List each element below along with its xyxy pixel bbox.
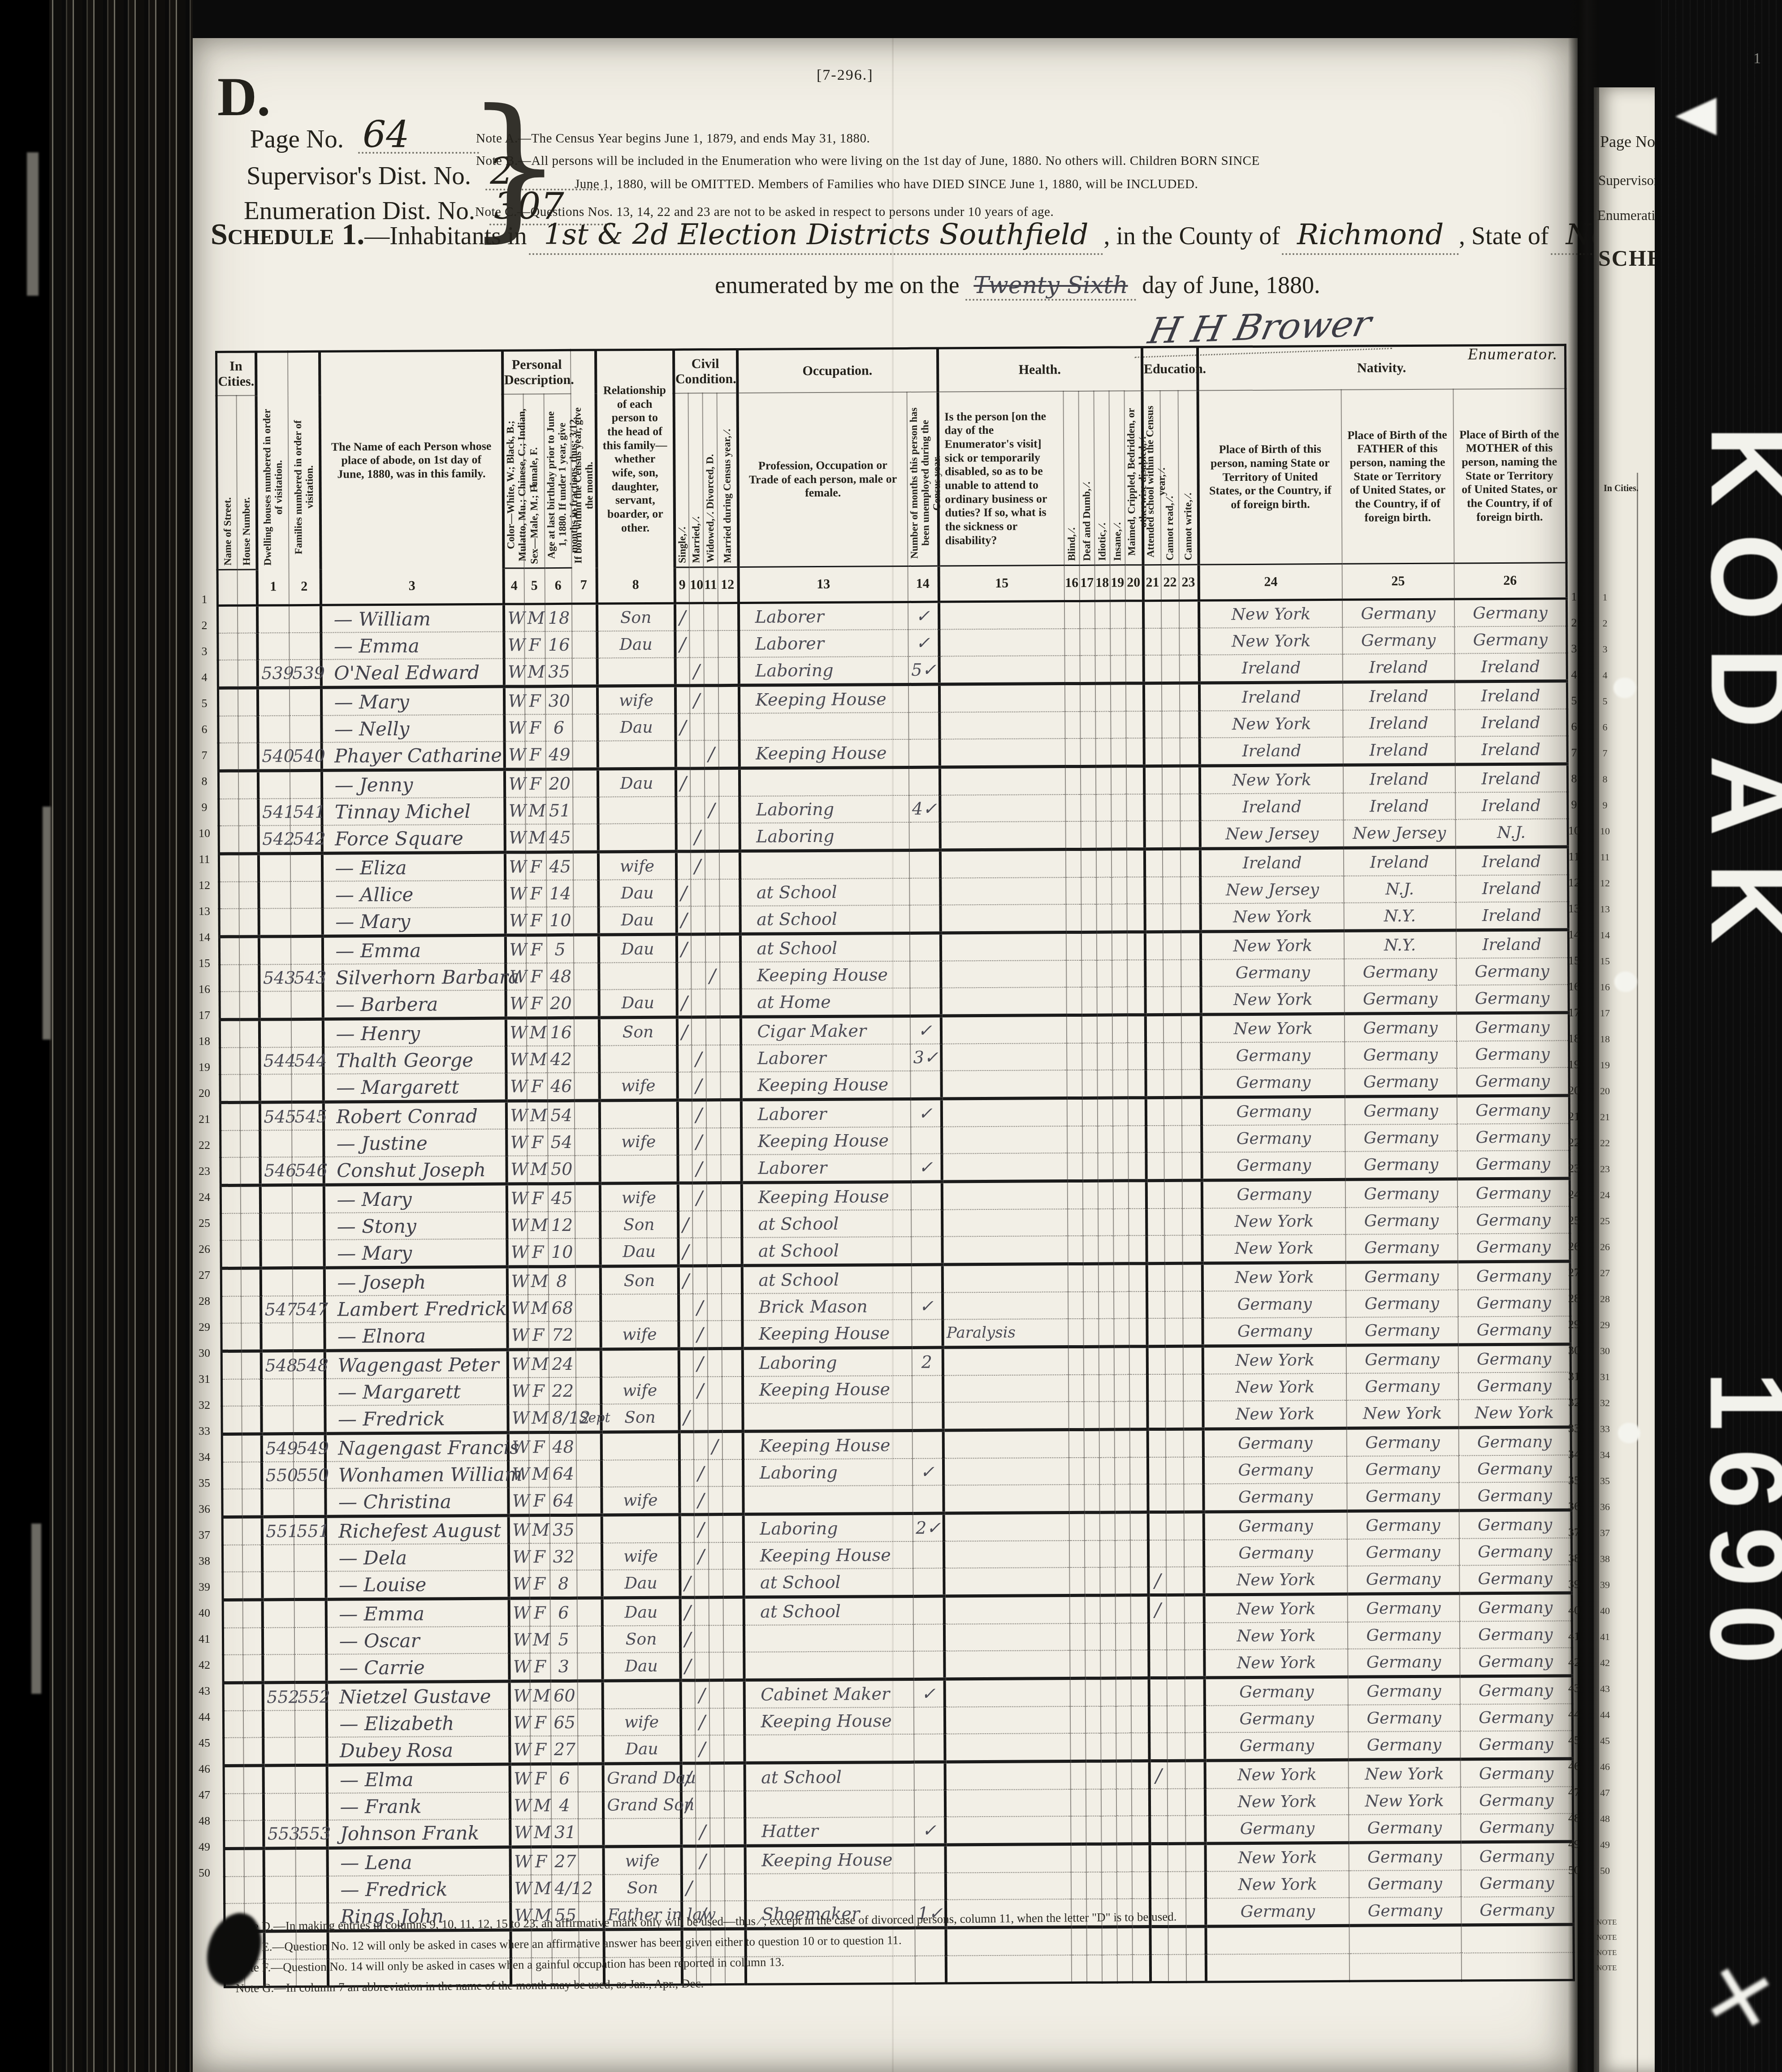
table-cell: Germany [1344, 1013, 1456, 1042]
table-cell [238, 716, 258, 743]
table-cell: 548 [261, 1351, 293, 1379]
table-cell [1148, 1540, 1166, 1567]
table-cell [1131, 1761, 1149, 1789]
table-cell: Germany [1345, 1262, 1458, 1291]
table-cell: 549 [261, 1434, 293, 1462]
table-cell [1144, 849, 1162, 877]
table-cell [1129, 1235, 1146, 1264]
table-cell: 539 [289, 660, 321, 688]
table-cell [945, 1789, 1070, 1817]
table-cell: ∕ [689, 657, 704, 686]
table-cell [1112, 877, 1127, 904]
table-cell [1146, 1209, 1164, 1235]
table-cell [1128, 1153, 1146, 1181]
table-cell: Germany [1202, 1179, 1345, 1208]
table-cell [705, 989, 720, 1017]
table-cell: — Emma [322, 935, 505, 964]
enumerated-suffix: day of June, 1880. [1136, 272, 1320, 298]
table-cell: Laboring [739, 656, 908, 685]
table-cell: 544 [260, 1047, 291, 1074]
table-cell [240, 1131, 260, 1157]
row-number: 20 [195, 1087, 213, 1113]
table-cell [221, 1213, 241, 1240]
row-number: 11 [195, 853, 213, 879]
table-cell [1130, 1623, 1148, 1650]
table-cell [708, 1403, 722, 1432]
next-page-row-number: 22 [1598, 1137, 1612, 1163]
table-cell [223, 1572, 242, 1600]
table-cell [944, 1596, 1069, 1624]
enumerated-line: enumerated by me on the Twenty Sixth day… [715, 271, 1320, 299]
table-cell [1066, 987, 1081, 1015]
table-cell [913, 1596, 944, 1624]
table-cell [704, 713, 718, 740]
table-cell [740, 850, 909, 879]
table-cell [573, 797, 598, 824]
table-cell [1095, 766, 1111, 794]
table-cell [1168, 1843, 1185, 1872]
table-cell [260, 1213, 292, 1240]
table-cell: 51 [546, 797, 573, 824]
table-cell: ∕ [1148, 1595, 1166, 1623]
table-cell [691, 962, 705, 989]
table-cell [1095, 683, 1110, 712]
table-cell: M [527, 1156, 548, 1184]
table-cell [1085, 1567, 1100, 1596]
table-cell [1112, 1070, 1128, 1098]
table-cell: New York [1200, 765, 1343, 794]
table-cell [1349, 1953, 1461, 1981]
table-cell [723, 1652, 744, 1680]
table-cell [1080, 712, 1095, 738]
table-cell [1095, 738, 1111, 767]
table-cell [1099, 1347, 1114, 1375]
table-cell: 5 [546, 935, 573, 963]
table-cell [1098, 1181, 1113, 1209]
table-cell [1101, 1789, 1116, 1816]
column-number: 16 [1064, 565, 1079, 601]
next-page-row-number: 31 [1598, 1371, 1612, 1397]
table-cell: Dau [597, 768, 675, 797]
table-cell [260, 1074, 291, 1102]
census-scan-frame: D. [7-296.] Page No. 64 Supervisor's Dis… [0, 0, 1782, 2072]
table-cell: 553 [264, 1820, 295, 1848]
table-cell: New York [1203, 1373, 1346, 1401]
table-cell [1166, 1623, 1184, 1650]
table-cell [603, 1818, 681, 1847]
table-cell [1166, 1512, 1184, 1540]
table-cell [1184, 1595, 1204, 1623]
table-cell [1070, 1706, 1085, 1733]
table-cell: ∕ [705, 796, 719, 823]
table-cell [293, 1406, 325, 1434]
table-cell [1126, 794, 1144, 821]
row-number: 18 [195, 1035, 213, 1061]
table-cell [1101, 1872, 1116, 1899]
table-cell [914, 1845, 945, 1873]
next-page-row-number: 41 [1598, 1631, 1612, 1657]
table-cell [690, 768, 704, 797]
table-cell [719, 851, 740, 879]
table-cell [914, 1762, 945, 1790]
table-cell: Ireland [1343, 682, 1455, 710]
table-cell [744, 1624, 913, 1652]
table-cell: — Elma [327, 1764, 510, 1793]
table-cell [1065, 849, 1081, 877]
table-cell [1081, 960, 1097, 987]
table-cell [1167, 1706, 1185, 1733]
table-cell [939, 738, 1065, 767]
table-cell: ∕ [696, 1818, 710, 1846]
table-cell [1144, 821, 1162, 849]
table-cell: at School [740, 933, 909, 962]
table-cell [240, 1157, 260, 1186]
table-cell: — Oscar [326, 1627, 509, 1654]
table-cell [943, 1402, 1068, 1430]
table-cell [1115, 1567, 1130, 1595]
table-cell [1143, 600, 1161, 628]
table-cell [908, 712, 939, 739]
table-cell: M [528, 1212, 548, 1239]
table-cell [576, 1377, 601, 1404]
enumerated-prefix: enumerated by me on the [715, 272, 965, 298]
table-cell [910, 988, 941, 1016]
table-cell [242, 1489, 262, 1517]
table-cell: New York [1348, 1759, 1460, 1788]
table-cell [1115, 1540, 1130, 1567]
table-cell: ∕ [1149, 1761, 1167, 1789]
table-cell [223, 1683, 243, 1711]
table-cell: 552 [263, 1683, 294, 1711]
table-cell [1164, 1263, 1182, 1291]
next-page-row-number: 33 [1598, 1423, 1612, 1449]
row-number: 7 [195, 749, 213, 775]
table-cell [576, 1487, 601, 1515]
table-cell [691, 934, 705, 963]
table-cell [1114, 1347, 1129, 1375]
table-cell [695, 1791, 709, 1818]
table-cell: F [527, 1184, 548, 1212]
table-cell: New York [1458, 1399, 1571, 1428]
row-number: 1 [195, 593, 213, 619]
table-cell [908, 739, 939, 768]
table-cell: 8 [550, 1570, 577, 1598]
table-cell [679, 1459, 693, 1486]
table-cell: wife [600, 1128, 678, 1156]
table-cell: M [525, 824, 546, 852]
table-cell [1125, 683, 1143, 712]
table-cell: New York [1205, 1788, 1348, 1816]
row-number: 12 [195, 879, 213, 905]
table-cell [1146, 1126, 1164, 1153]
row-number: 2 [195, 619, 213, 645]
row-number: 19 [195, 1061, 213, 1087]
row-number: 21 [195, 1113, 213, 1139]
table-cell: W [506, 1184, 527, 1212]
col-header-21: Attended school within the Census year, … [1142, 391, 1161, 565]
table-cell [1085, 1595, 1100, 1623]
table-cell: 545 [260, 1102, 291, 1131]
table-cell [238, 799, 258, 826]
table-cell [1084, 1402, 1099, 1430]
table-cell: ∕ [693, 1459, 708, 1486]
table-cell: ∕ [680, 1652, 695, 1680]
supervisor-district-label: Supervisor's Dist. No. [247, 162, 471, 190]
table-cell [707, 1266, 721, 1294]
table-cell: 20 [545, 769, 572, 797]
table-cell [720, 962, 740, 989]
table-cell: ∕ [692, 1128, 706, 1155]
table-cell: at School [742, 1210, 911, 1238]
table-cell [1129, 1347, 1147, 1375]
table-cell [602, 1680, 680, 1709]
table-cell: 14 [546, 880, 573, 907]
table-cell [1116, 1706, 1131, 1733]
next-page-row-number: 9 [1598, 799, 1612, 825]
table-cell [1147, 1429, 1165, 1457]
table-cell: 540 [258, 742, 290, 771]
table-cell: ∕ [678, 1211, 692, 1238]
table-cell [1183, 1429, 1203, 1457]
table-cell [242, 1600, 262, 1628]
next-page-enumeration: Enumeratio [1597, 207, 1655, 224]
table-cell: 5 [550, 1626, 577, 1653]
table-cell: ∕ [694, 1486, 708, 1515]
table-cell [691, 879, 705, 906]
table-cell [707, 1321, 722, 1349]
table-cell [1095, 656, 1110, 684]
table-cell [601, 1349, 679, 1377]
table-cell [689, 630, 704, 657]
table-cell [1115, 1623, 1130, 1650]
table-cell: New Jersey [1200, 820, 1343, 849]
table-cell: F [527, 1073, 547, 1101]
col-header-24: Place of Birth of this person, naming St… [1198, 390, 1342, 565]
table-cell [1070, 1761, 1086, 1789]
table-cell [1098, 1126, 1113, 1153]
table-cell [1079, 601, 1094, 629]
table-cell [290, 716, 321, 742]
table-cell [693, 1403, 708, 1432]
table-cell [1180, 821, 1200, 849]
table-cell [710, 1874, 724, 1901]
table-cell [1131, 1678, 1149, 1706]
row-number: 15 [195, 957, 213, 983]
table-cell [940, 877, 1066, 905]
table-cell: ∕ [705, 962, 720, 989]
table-cell: M [530, 1681, 550, 1709]
table-cell [1068, 1429, 1084, 1458]
table-cell: W [510, 1875, 531, 1902]
table-cell [220, 1019, 239, 1048]
table-cell [1068, 1375, 1084, 1402]
table-cell [242, 1627, 262, 1654]
table-cell [1068, 1402, 1084, 1430]
table-cell [1184, 1512, 1203, 1540]
row-number: 43 [195, 1684, 213, 1710]
table-cell: Silverhorn Barbara [323, 963, 506, 991]
table-cell [1112, 1098, 1128, 1126]
row-number: 17 [195, 1009, 213, 1035]
table-cell [1066, 960, 1081, 987]
table-cell [1114, 1291, 1129, 1318]
row-number: 26 [195, 1243, 213, 1269]
table-cell: New York [1199, 710, 1343, 738]
table-cell: Nietzel Gustave [326, 1681, 509, 1710]
table-cell [1096, 849, 1111, 877]
table-cell [1179, 655, 1199, 683]
table-cell [943, 1458, 1068, 1485]
table-cell [743, 1403, 912, 1431]
table-cell [703, 603, 718, 631]
table-cell [1164, 1180, 1182, 1209]
table-cell [722, 1514, 743, 1542]
film-edge-mark: ✕ [1693, 1942, 1782, 2056]
table-cell [679, 1349, 693, 1377]
table-cell [1144, 794, 1162, 821]
table-cell: — Jenny [321, 769, 504, 799]
table-cell [1098, 1264, 1113, 1292]
table-cell [1116, 1872, 1132, 1899]
table-cell: wife [601, 1487, 679, 1515]
table-cell [263, 1710, 294, 1737]
table-cell [292, 1213, 324, 1240]
row-number: 38 [195, 1554, 213, 1580]
table-cell [1147, 1346, 1165, 1374]
table-cell [1116, 1650, 1131, 1678]
next-page-row-number: 32 [1598, 1397, 1612, 1423]
table-cell: F [528, 1377, 549, 1404]
table-cell [259, 881, 290, 908]
table-cell [238, 771, 258, 799]
table-cell [720, 1017, 740, 1045]
table-cell [1183, 1346, 1202, 1374]
table-cell [709, 1680, 723, 1709]
table-cell [573, 852, 598, 880]
table-cell [1150, 1816, 1168, 1844]
table-cell [1096, 794, 1111, 821]
table-cell [1084, 1485, 1099, 1513]
row-number: 39 [195, 1580, 213, 1606]
table-cell [260, 1130, 292, 1157]
table-cell [1185, 1649, 1204, 1678]
table-cell [704, 657, 718, 686]
table-cell: Keeping House [740, 961, 910, 989]
table-cell: Germany [1456, 958, 1569, 985]
table-cell: wife [598, 851, 676, 880]
table-cell [573, 907, 598, 935]
table-cell: ∕ [678, 1238, 692, 1266]
table-cell [1150, 1872, 1168, 1899]
table-cell: F [526, 990, 547, 1018]
table-cell [694, 1569, 709, 1597]
table-cell: Nagengast Francis [325, 1433, 508, 1462]
table-cell: Germany [1204, 1539, 1347, 1567]
table-cell [1111, 849, 1126, 877]
table-cell: wife [601, 1377, 679, 1404]
table-cell: ∕ [680, 1569, 694, 1597]
table-cell [1181, 987, 1201, 1015]
next-page-row-number: 8 [1598, 773, 1612, 799]
table-cell [1129, 1457, 1147, 1484]
column-number: 24 [1198, 564, 1342, 600]
table-cell: 4/12 [551, 1875, 578, 1902]
table-cell [1110, 628, 1125, 655]
table-cell: Keeping House [743, 1541, 913, 1569]
table-cell [243, 1683, 263, 1711]
table-cell [1185, 1788, 1205, 1815]
table-cell [1163, 987, 1181, 1015]
table-cell: ✓ [908, 630, 939, 656]
table-cell: wife [601, 1321, 679, 1349]
table-cell [744, 1651, 913, 1680]
row-number: 50 [195, 1866, 213, 1892]
table-cell [1164, 1126, 1182, 1153]
table-cell: W [510, 1792, 530, 1819]
table-cell: M [527, 1101, 547, 1129]
table-cell [691, 1017, 705, 1045]
column-number: 13 [738, 566, 908, 603]
table-cell: 552 [294, 1682, 326, 1710]
table-cell [705, 1017, 720, 1045]
table-cell: 35 [545, 658, 572, 686]
table-cell [224, 1848, 244, 1877]
table-cell [573, 880, 598, 907]
table-cell [1163, 1014, 1181, 1043]
table-cell [939, 656, 1064, 684]
column-number [217, 570, 237, 605]
table-cell: Germany [1458, 1289, 1570, 1317]
table-cell [1148, 1457, 1166, 1484]
table-cell [1081, 849, 1096, 877]
next-page-row-number: 35 [1598, 1475, 1612, 1501]
table-cell: W [503, 604, 524, 632]
table-cell [705, 934, 719, 963]
table-cell [719, 906, 740, 934]
table-cell [1183, 1291, 1202, 1318]
col-header-6: Age at last birthday prior to June 1, 18… [544, 394, 571, 568]
table-cell: 16 [547, 1018, 574, 1046]
table-cell [1113, 1264, 1129, 1292]
table-cell [599, 1100, 677, 1128]
table-cell: Germany [1347, 1593, 1459, 1622]
table-cell: 60 [550, 1681, 577, 1709]
table-cell: 68 [549, 1295, 575, 1321]
next-page-notes: NOTE NOTE NOTE NOTE [1596, 1915, 1617, 1976]
table-cell [718, 713, 739, 740]
table-cell [1145, 877, 1163, 904]
table-cell [704, 768, 718, 797]
table-cell [1111, 711, 1126, 738]
table-cell [940, 821, 1065, 850]
table-cell: Keeping House [741, 1071, 910, 1100]
table-cell [1115, 1595, 1130, 1623]
table-cell [220, 1048, 240, 1075]
table-cell [1146, 1235, 1164, 1264]
table-cell: ∕ [692, 1100, 706, 1128]
table-cell: ∕ [675, 713, 690, 740]
table-cell [1129, 1318, 1147, 1347]
table-cell: W [509, 1681, 530, 1709]
table-cell: W [509, 1626, 529, 1653]
table-cell: Ireland [1343, 710, 1455, 737]
col-header-4: Color—White, W.; Black, B.; Mulatto, Mu.… [502, 394, 524, 568]
table-cell: Germany [1348, 1731, 1460, 1760]
table-cell [1070, 1678, 1085, 1706]
table-cell: 542 [290, 825, 322, 854]
table-cell [294, 1627, 326, 1654]
table-cell [1184, 1623, 1204, 1649]
